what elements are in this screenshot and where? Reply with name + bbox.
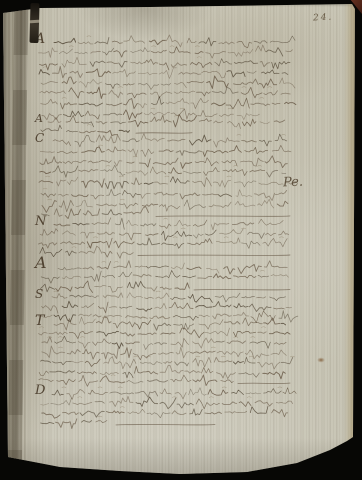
paragraph-initial: A (35, 255, 47, 271)
paragraph-ink (41, 114, 285, 135)
paragraph-ink (39, 317, 295, 386)
paragraph-ink (38, 218, 290, 258)
paragraph-ink (39, 291, 298, 323)
handwriting-ink (0, 0, 362, 480)
paragraph-initial: A (35, 113, 43, 124)
paragraph-initial: S (35, 288, 43, 300)
paragraph-ink (41, 188, 290, 218)
paragraph-ink (41, 261, 291, 293)
paragraph-initial: N (35, 215, 46, 228)
paragraph-ink (41, 387, 297, 429)
paragraph-ink (39, 35, 296, 120)
manuscript-page: 24. Pe. AACNASTD (0, 0, 362, 480)
paragraph-initial: T (35, 314, 44, 328)
paragraph-initial: C (35, 132, 44, 144)
paragraph-ink (39, 134, 298, 189)
scanned-page-stage: 24. Pe. AACNASTD (0, 0, 362, 480)
paragraph-initial: D (35, 384, 45, 397)
